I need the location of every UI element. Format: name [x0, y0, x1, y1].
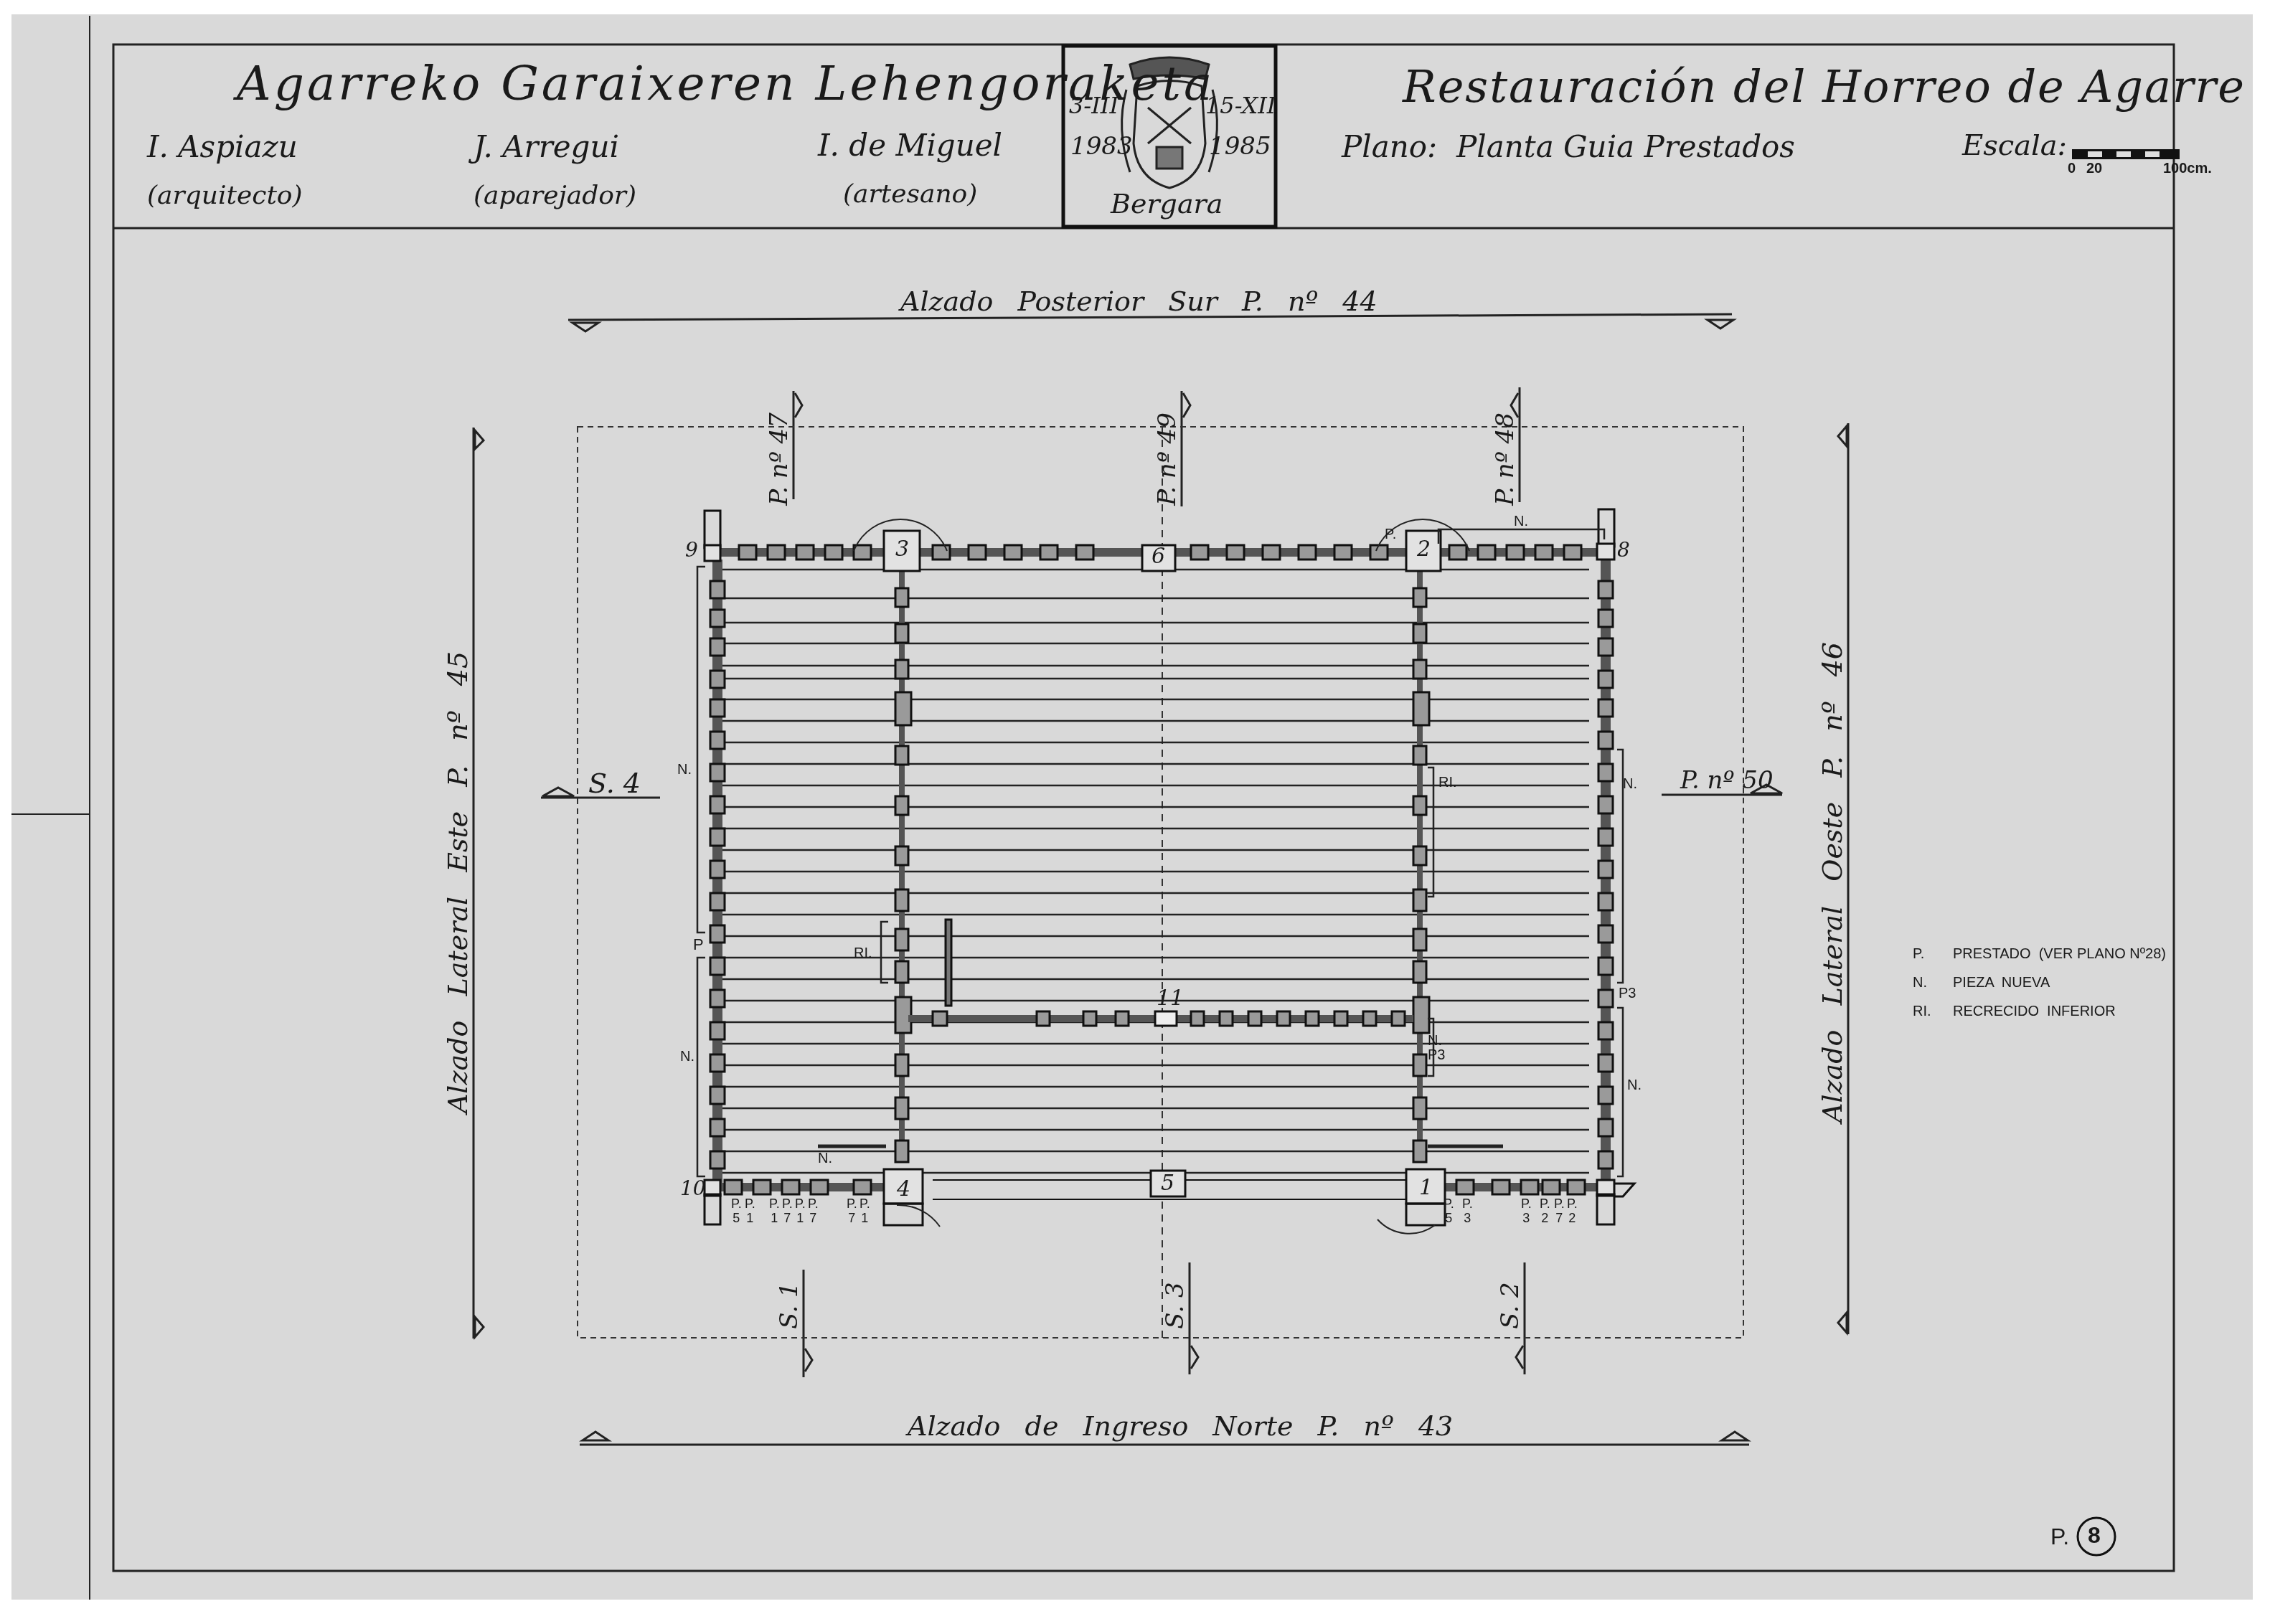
beam-inner-left — [895, 567, 911, 1162]
post-6: 6 — [1152, 544, 1165, 569]
posts — [705, 509, 1634, 1225]
credit-name-3: I. de Miguel — [818, 128, 1002, 163]
plano-label: Plano: — [1342, 129, 1437, 164]
elevation-top-label: Alzado Posterior Sur P. nº 44 — [900, 285, 1377, 317]
section-mark-s4: S. 4 — [588, 768, 641, 799]
elevation-bottom-label: Alzado de Ingreso Norte P. nº 43 — [908, 1410, 1453, 1442]
section-mark-s1: S. 1 — [775, 1282, 804, 1328]
emblem-start-day: 3-III — [1069, 92, 1118, 119]
scale-bar — [2072, 149, 2180, 159]
annotation-n-top: N. — [1514, 514, 1528, 530]
annotation-ri-right: RI. — [1438, 775, 1457, 791]
project-title: Agarreko Garaixeren Lehengoraketa — [237, 56, 1215, 111]
beam-inner-right — [1413, 567, 1429, 1162]
annotation-n-left-2: N. — [680, 1049, 694, 1065]
post-9: 9 — [685, 538, 698, 562]
annotation-p-left: P — [693, 935, 704, 954]
drawing-title: Restauración del Horreo de Agarre — [1403, 60, 2246, 113]
credit-name-2: J. Arregui — [474, 129, 619, 164]
post-3: 3 — [895, 537, 909, 562]
post-4: 4 — [897, 1176, 910, 1202]
post-5: 5 — [1161, 1171, 1174, 1196]
post-10: 10 — [680, 1176, 706, 1200]
piece-label: P.7 — [808, 1196, 819, 1225]
piece-label: P.5 — [1444, 1196, 1454, 1225]
piece-label: P.1 — [860, 1196, 870, 1225]
post-11: 11 — [1157, 986, 1184, 1011]
plano-value: Planta Guia Prestados — [1456, 129, 1795, 164]
section-mark-s2: S. 2 — [1496, 1282, 1525, 1328]
legend: P.PRESTADO (VER PLANO Nº28) N.PIEZA NUEV… — [1913, 940, 2166, 1026]
emblem-end-year: 1985 — [1209, 132, 1271, 161]
sheet-number-prefix: P. — [2050, 1524, 2069, 1550]
piece-label: P.1 — [769, 1196, 780, 1225]
beam-right — [1598, 560, 1613, 1184]
emblem-place: Bergara — [1111, 188, 1223, 219]
annotation-ri-left: RI. — [854, 945, 872, 962]
section-mark-s3: S. 3 — [1161, 1282, 1190, 1328]
scale-tick-20: 20 — [2086, 161, 2102, 177]
section-mark-p50: P. nº 50 — [1680, 766, 1774, 795]
floor-boards — [717, 570, 1589, 1173]
scale-tick-100: 100cm. — [2163, 161, 2212, 177]
post-1: 1 — [1419, 1175, 1433, 1200]
annotation-p3-inner: P3 — [1428, 1047, 1445, 1064]
plan-drawing — [0, 0, 2270, 1624]
piece-label: P.7 — [1554, 1196, 1565, 1225]
piece-label: P.1 — [795, 1196, 806, 1225]
sheet-number: 8 — [2088, 1522, 2101, 1549]
annotation-n-right-2: N. — [1627, 1077, 1642, 1094]
legend-item-prestado: P.PRESTADO (VER PLANO Nº28) — [1913, 940, 2166, 968]
credit-role-3: (artesano) — [843, 179, 977, 209]
piece-label: P.7 — [782, 1196, 793, 1225]
beam-left — [710, 560, 725, 1184]
elevation-left-label: Alzado Lateral Este P. nº 45 — [442, 651, 474, 1113]
annotation-n-left-1: N. — [677, 762, 692, 778]
piece-label: P.1 — [745, 1196, 755, 1225]
credit-role-2: (aparejador) — [474, 181, 636, 210]
section-mark-p49: P. nº 49 — [1153, 412, 1182, 506]
annotation-n-right-1: N. — [1623, 776, 1637, 793]
piece-label: P.3 — [1462, 1196, 1473, 1225]
post-2: 2 — [1417, 537, 1431, 562]
piece-label: P.7 — [847, 1196, 857, 1225]
emblem-end-day: 15-XII — [1205, 92, 1276, 119]
elevation-right-label: Alzado Lateral Oeste P. nº 46 — [1817, 642, 1848, 1123]
emblem-start-year: 1983 — [1070, 132, 1133, 161]
piece-label: P.2 — [1567, 1196, 1578, 1225]
credit-role-1: (arquitecto) — [147, 181, 303, 210]
post-8: 8 — [1617, 538, 1630, 562]
annotation-p3-right: P3 — [1619, 986, 1636, 1002]
piece-label: P.2 — [1540, 1196, 1550, 1225]
piece-label: P.3 — [1521, 1196, 1532, 1225]
credit-name-1: I. Aspiazu — [147, 129, 298, 164]
section-mark-p48: P. nº 48 — [1491, 412, 1520, 506]
piece-label: P.5 — [731, 1196, 742, 1225]
legend-item-nueva: N.PIEZA NUEVA — [1913, 968, 2166, 997]
legend-item-recrecido: RI.RECRECIDO INFERIOR — [1913, 997, 2166, 1026]
section-mark-p47: P. nº 47 — [765, 412, 793, 506]
annotation-p-top: P. — [1385, 527, 1396, 543]
annotation-n-bottom: N. — [818, 1151, 832, 1167]
scale-tick-0: 0 — [2068, 161, 2076, 177]
scale-label: Escala: — [1962, 129, 2067, 162]
